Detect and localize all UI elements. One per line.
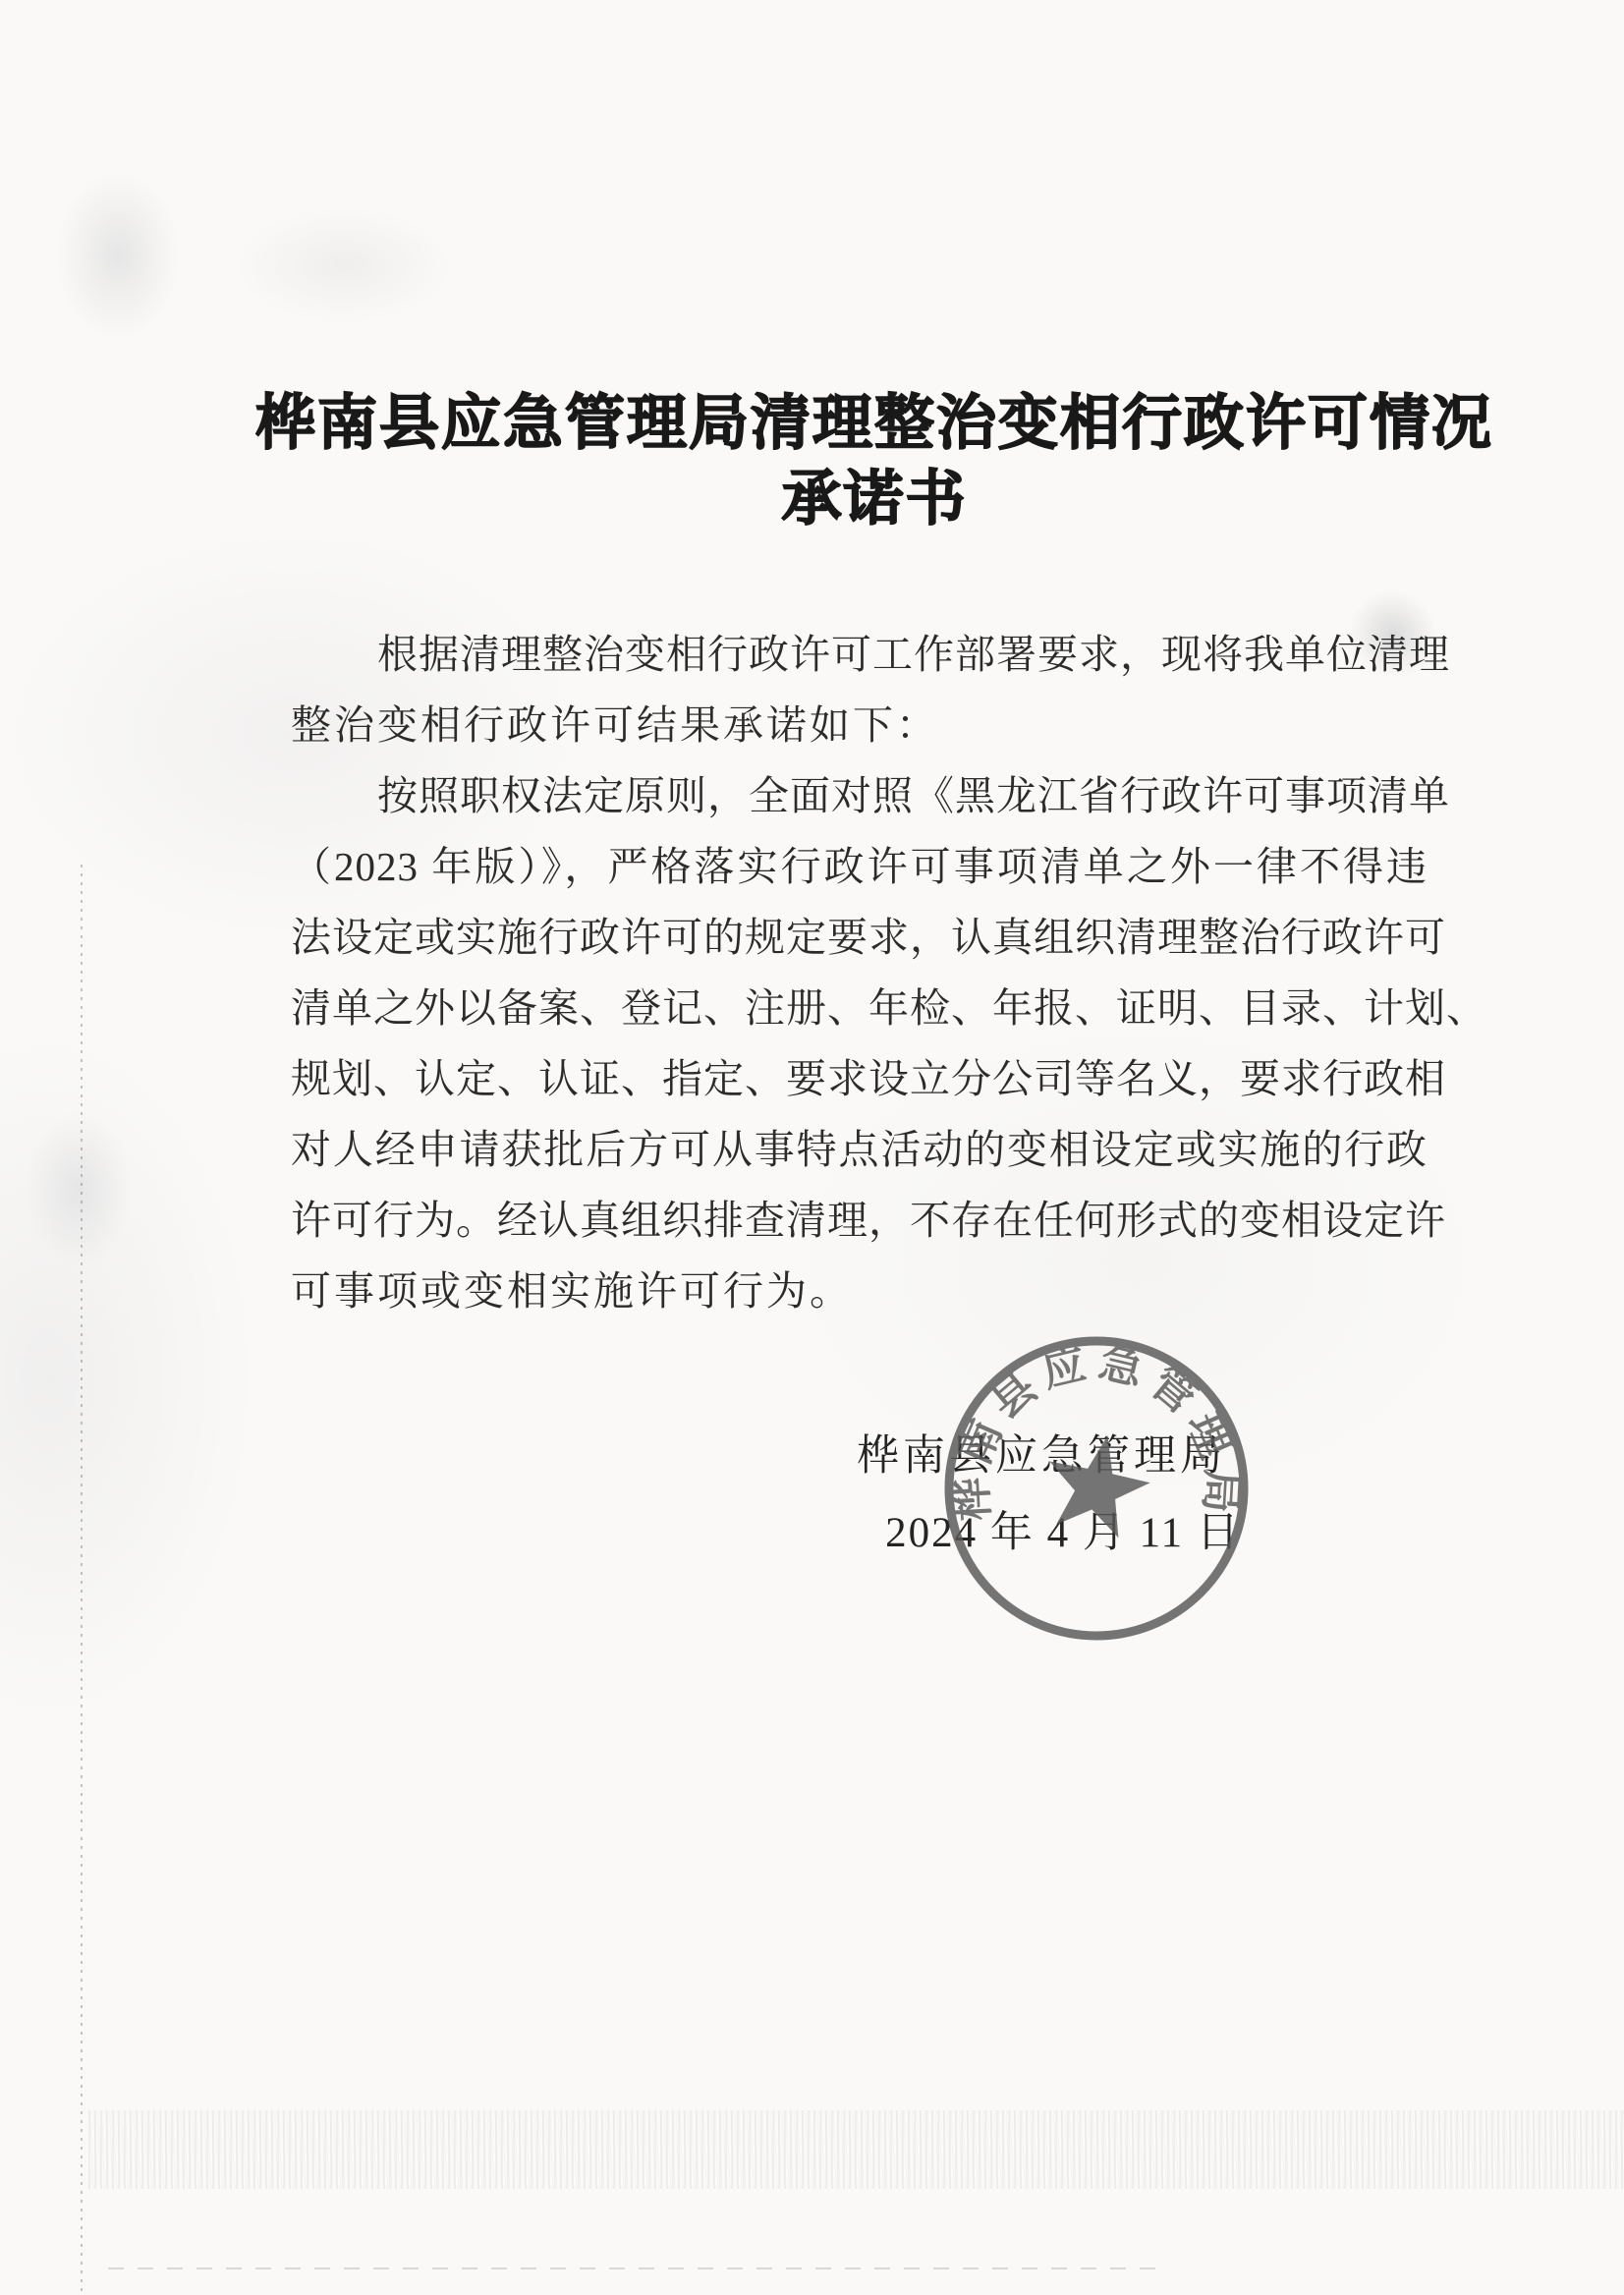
body-line: 许可行为。经认真组织排查清理，不存在任何形式的变相设定许 [291,1185,1428,1256]
body-line: 可事项或变相实施许可行为。 [291,1256,1428,1326]
body-line: 根据清理整治变相行政许可工作部署要求，现将我单位清理 [291,619,1428,690]
document-title: 桦南县应急管理局清理整治变相行政许可情况 承诺书 [246,385,1503,536]
scan-smudge [236,206,452,324]
document-title-line2: 承诺书 [246,461,1503,536]
scan-noise-band [88,2110,1624,2189]
body-line: 对人经申请获批后方可从事特点活动的变相设定或实施的行政 [291,1114,1428,1185]
body-line: 规划、认定、认证、指定、要求设立分公司等名义，要求行政相 [291,1043,1428,1114]
scan-smudge [54,167,182,344]
scan-smudge [25,1110,133,1267]
seal-star-icon [1049,1435,1149,1538]
document-body: 根据清理整治变相行政许可工作部署要求，现将我单位清理 整治变相行政许可结果承诺如… [291,619,1428,1326]
body-line: 法设定或实施行政许可的规定要求，认真组织清理整治行政许可 [291,902,1428,973]
scan-dash-artifact [108,2267,1159,2269]
body-line: 整治变相行政许可结果承诺如下： [291,690,1428,760]
official-seal: 桦南县应急管理局 [939,1331,1254,1646]
body-line: 清单之外以备案、登记、注册、年检、年报、证明、目录、计划、 [291,973,1428,1043]
body-line: 按照职权法定原则，全面对照《黑龙江省行政许可事项清单 [291,760,1428,831]
scanned-document-page: 桦南县应急管理局清理整治变相行政许可情况 承诺书 根据清理整治变相行政许可工作部… [0,0,1624,2295]
document-title-line1: 桦南县应急管理局清理整治变相行政许可情况 [246,385,1503,461]
body-line: （2023 年版）》，严格落实行政许可事项清单之外一律不得违 [291,831,1428,902]
scan-line-artifact [81,865,83,2295]
